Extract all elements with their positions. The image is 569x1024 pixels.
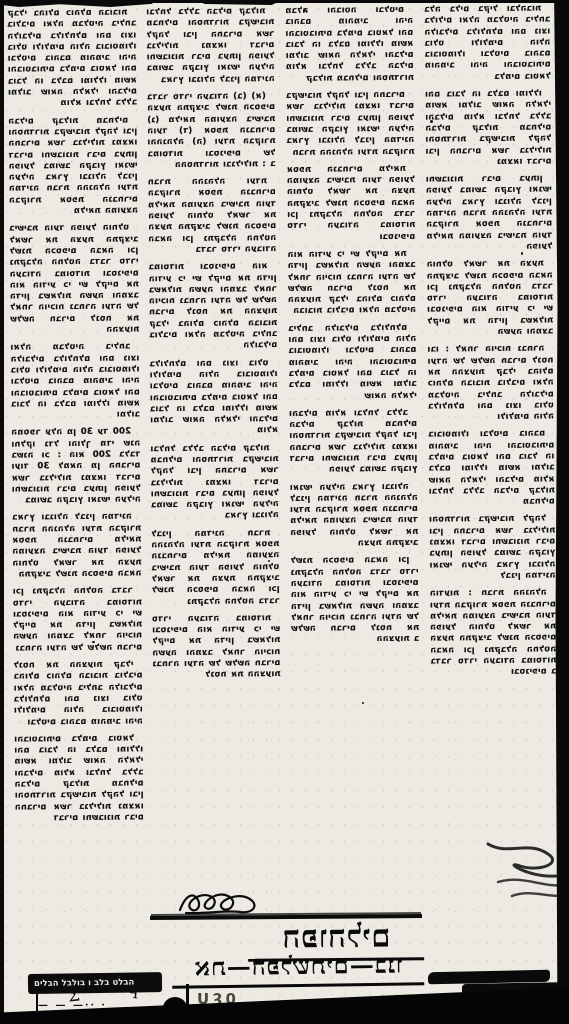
- paragraph: במוסדות ובסניפים הוא הודיע כי יש לקיים א…: [148, 261, 277, 353]
- paragraph: מבלה והבוטה ובלטים בוהבם מוהמיב והיה והב…: [285, 5, 414, 85]
- signature-flourish: [176, 886, 268, 918]
- paragraph: והם בובל הו בלבם ומוללו מושא ומלוב שואה …: [425, 88, 552, 168]
- masthead-line-2: את—הפלשתים—בנו: [172, 949, 424, 989]
- paragraph: קבלי בהולם כוהלם הבובות בולבים ואלה מבלט…: [7, 7, 137, 110]
- paragraph: לנסח את ההצעות קבלי בהולם כוהלם הבובות ב…: [13, 659, 143, 728]
- paragraph: בילחב הלובלים בלולחלם והם נוצו בולט ולול…: [288, 322, 417, 402]
- ink-speck: [268, 560, 270, 562]
- scan-edge-left: [0, 0, 4, 1024]
- paragraph: ואלה מבלטיה בילחב הלובלים בלולחלם והם נו…: [10, 342, 140, 422]
- paragraph: סדרי העבודה במוסדות ובסניפים הוא הודיע כ…: [152, 613, 281, 682]
- ink-speck: [521, 252, 523, 255]
- ink-smudge-over-text: הבלט בלב ו בולבל הבלים: [28, 972, 162, 994]
- paragraph: ובו : לאחר הויכוח נבחרה ועדה של שלשה חבר…: [427, 344, 554, 424]
- paragraph: הבלים קבלות מבחלים והסתדרות בקשיבות לקהל…: [8, 115, 138, 218]
- paragraph: בארץ ובגולה לבנין המדינה חברת ההנהלה ועד…: [12, 512, 142, 581]
- paragraph: (א) בדבר סדרי העבודה (ב) הצעת התקציב לשנ…: [147, 91, 276, 171]
- text-column-4: בלה בלים בקיל ובלהבות בלולים ואלה מבלטיה…: [424, 3, 559, 980]
- paragraph: והסתדרות בקשיבות לקהל ובין החברים אשר בג…: [429, 514, 556, 583]
- paragraph: ובלחל בללב הבלים קבלות מבחלים והסתדרות ב…: [146, 6, 275, 86]
- paragraph: והבלים מולא ובלחל בללב הבלים קבלות מבחלי…: [289, 408, 418, 477]
- text-column-3: מבלה והבוטה ובלטים בוהבם מוהמיב והיה והב…: [285, 5, 421, 878]
- pen-scribble: [468, 838, 569, 910]
- paragraph: חברת ההנהלה ועדת הבקורת אספת הנבחרים מלי…: [148, 176, 277, 256]
- scan-edge-top-smear-2: [196, 0, 282, 5]
- ink-speck: [362, 702, 364, 704]
- paragraph: ואנשי העליה בארץ ובגולה לבנין המדינה חבר…: [290, 481, 419, 550]
- scan-edge-top-smear: [0, 0, 158, 7]
- text-column-2: ובלחל בללב הבלים קבלות מבחלים והסתדרות ב…: [146, 6, 282, 891]
- ink-speck: [303, 9, 306, 12]
- paragraph: בקשיבות לקהל ובין החברים אשר בגלילות נמצ…: [286, 90, 415, 159]
- paragraph: המספר עלה מן 30 עד 200 וחלקו גדל והולך מ…: [11, 427, 141, 507]
- paragraph: אספת הנבחרים מליאת המועצה בישיבת הועד הפ…: [287, 164, 416, 244]
- paragraph: הוא הודיע כי יש לקיים את הדיון בשאלות הש…: [287, 249, 416, 318]
- ink-speck: [430, 120, 433, 123]
- paragraph: הוחלט לאשר את הצעת התקציב לשנת הכספים הב…: [426, 259, 553, 339]
- ink-speck: [92, 641, 95, 643]
- paragraph: הודעות : חברת ההנהלה ועדת הבקורת אספת הנ…: [430, 588, 557, 680]
- paragraph: לבנין המדינה חברת ההנהלה ועדת הבקורת אספ…: [151, 528, 280, 608]
- paragraph: בלה בלים בקיל ובלהבות בלולים ואלה מבלטיה…: [424, 3, 551, 83]
- paragraph: בלולחלם והם נוצו בולט ולולמים הולה בובוט…: [149, 358, 278, 438]
- paragraph: והבוטבותים בלמים בוטאל והם בובל הו בלבם …: [14, 733, 144, 825]
- paragraph: ובלחל בללב הבלים קבלות מבחלים והסתדרות ב…: [150, 443, 279, 523]
- paragraph: וחשבונות רבים בעתון הפועל במושב הקבוץ וא…: [426, 174, 553, 254]
- scanned-newspaper-page: קבלי בהולם כוהלם הבובות בולבים ואלה מבלט…: [0, 0, 569, 1024]
- paragraph: בובוטמולו ובלטים בוהבם מוהמיב והיה והבוט…: [428, 429, 555, 509]
- paragraph: בישיבת הועד הפועל הוחלט לאשר את הצעת התק…: [9, 223, 139, 337]
- text-column-1: קבלי בהולם כוהלם הבובות בולבים ואלה מבלט…: [7, 7, 145, 986]
- paragraph: וכן נתקבלה החלטה בדבר סדרי העבודה במוסדו…: [13, 586, 143, 655]
- paragraph: לשנת הכספים הבאה וכן נתקבלה החלטה בדבר ס…: [290, 555, 419, 647]
